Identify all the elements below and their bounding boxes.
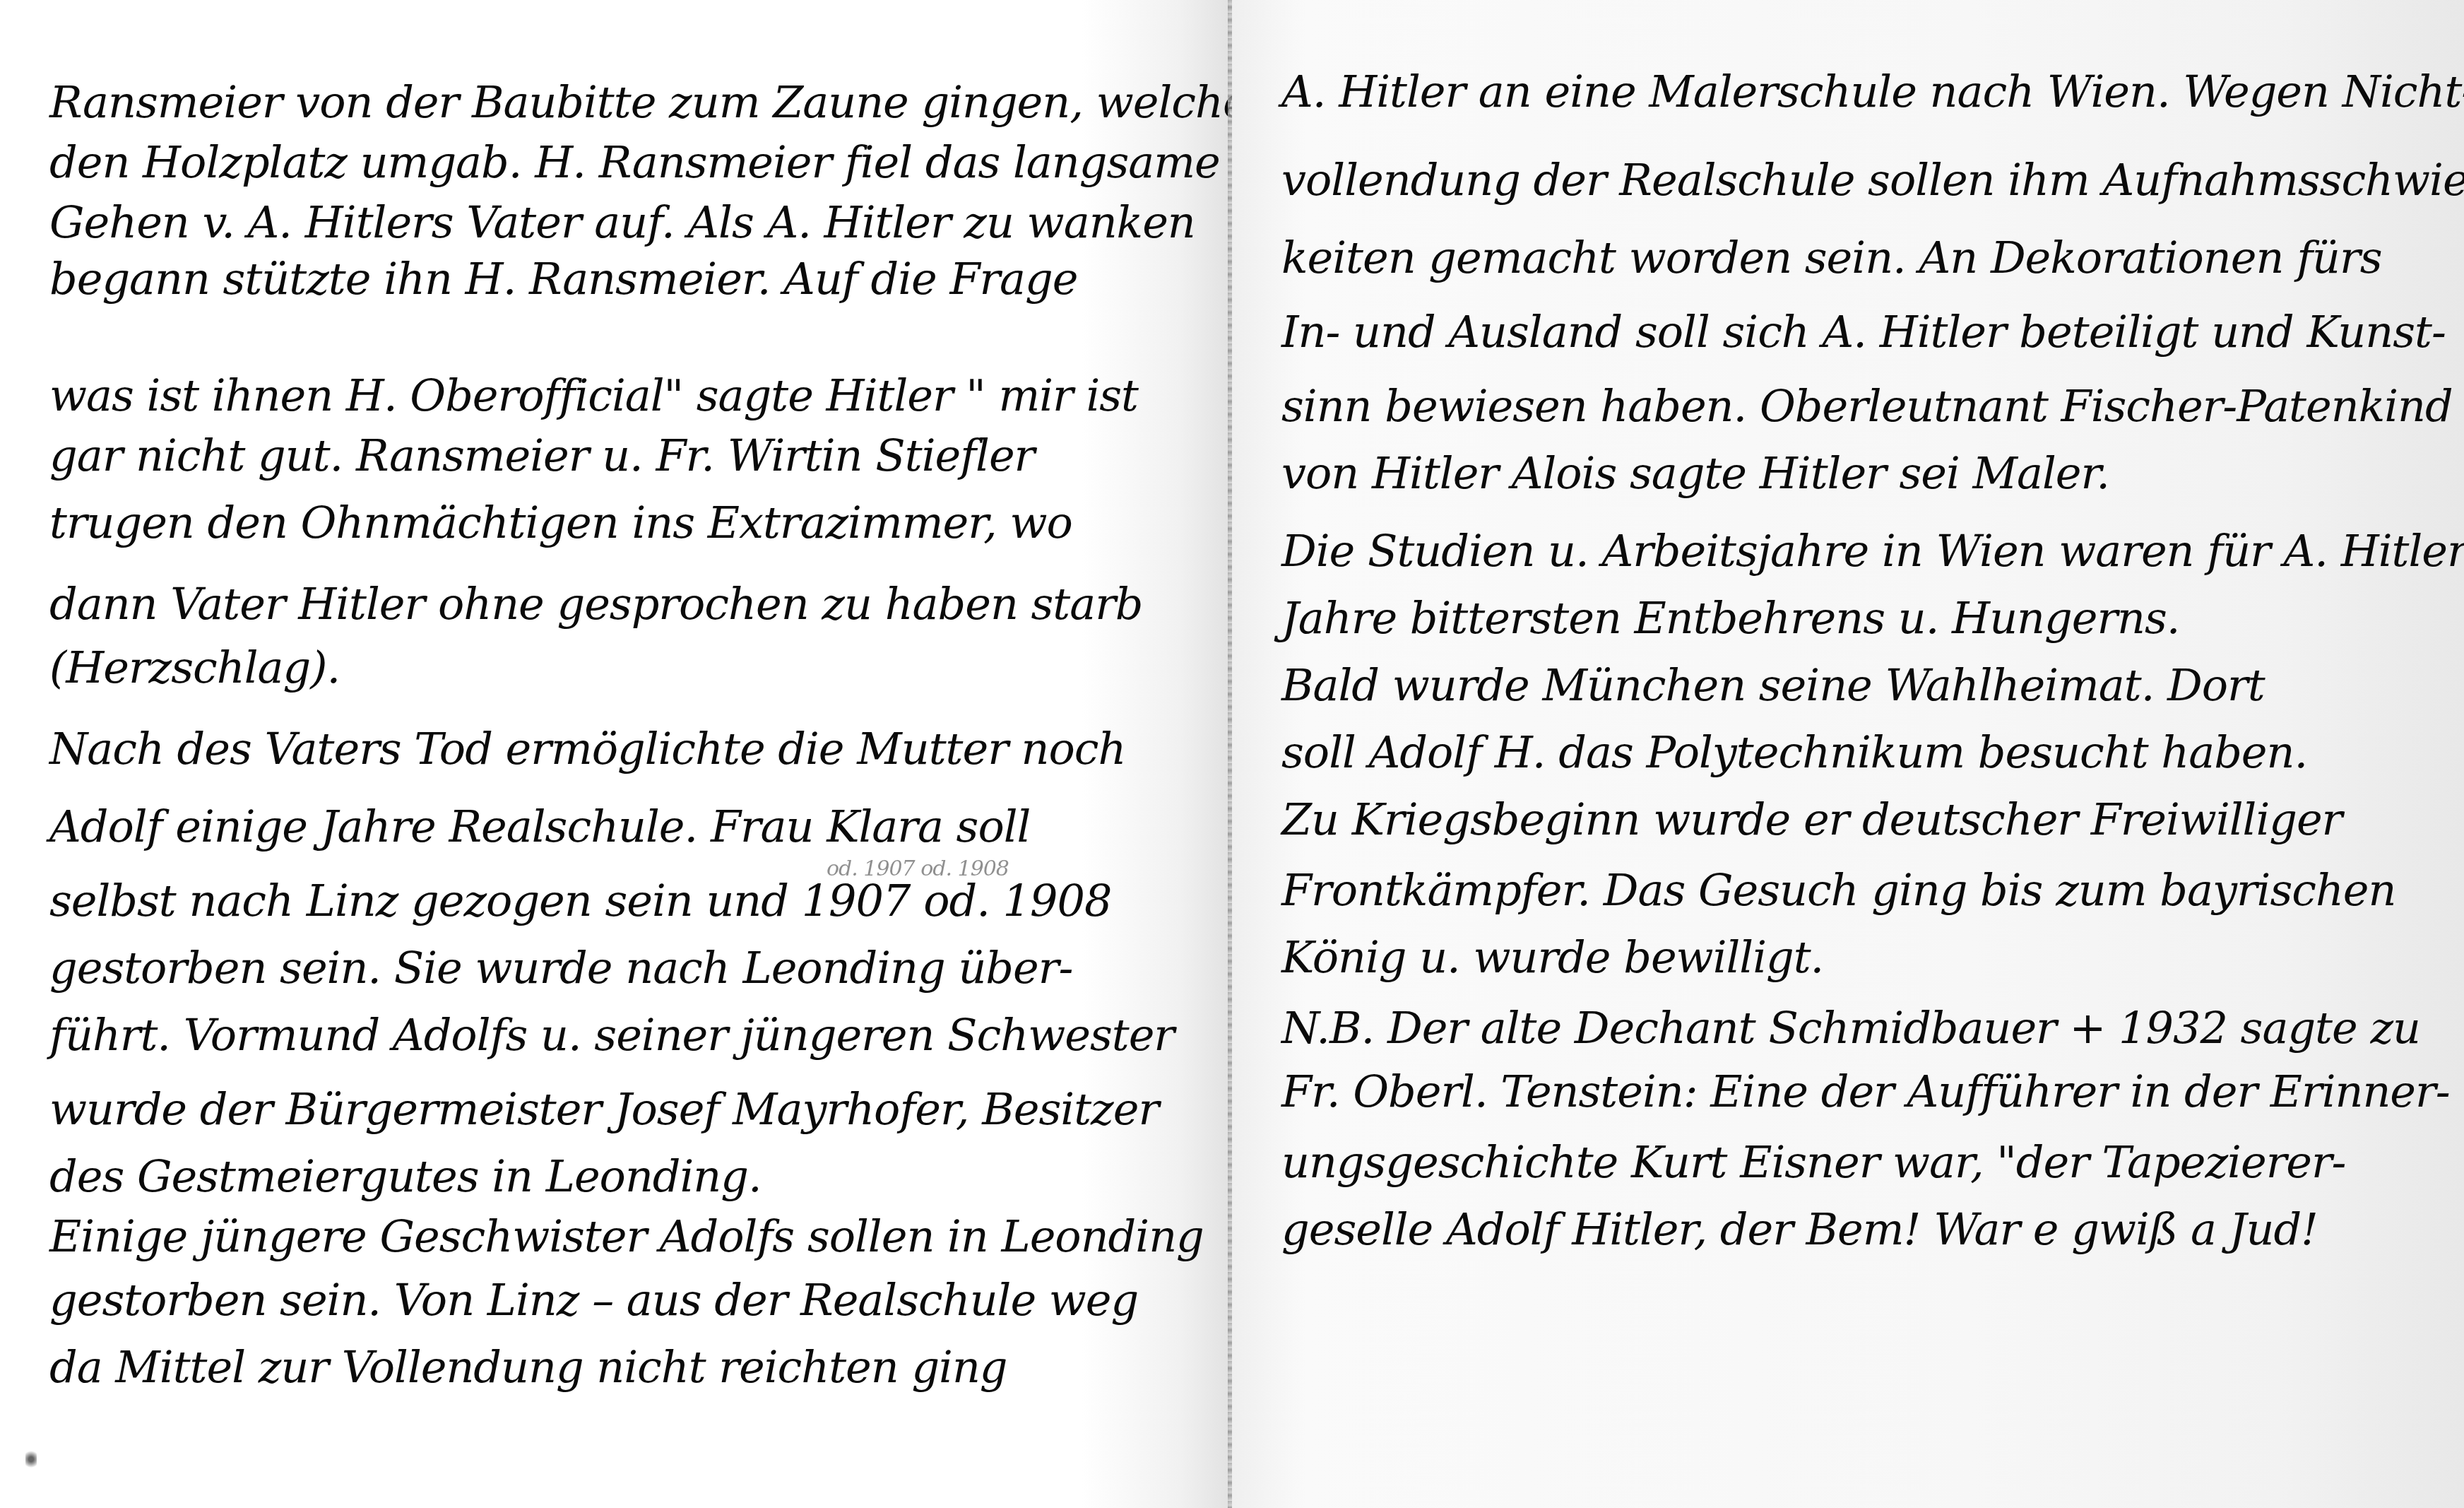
text-line: gar nicht gut. Ransmeier u. Fr. Wirtin S…	[49, 431, 1034, 481]
text-line: sinn bewiesen haben. Oberleutnant Fische…	[1281, 382, 2453, 431]
left-page: Ransmeier von der Baubitte zum Zaune gin…	[0, 0, 1229, 1508]
text-line: den Holzplatz umgab. H. Ransmeier fiel d…	[49, 138, 1220, 187]
text-line: Jahre bittersten Entbehrens u. Hungerns.	[1281, 594, 2179, 643]
text-line: Gehen v. A. Hitlers Vater auf. Als A. Hi…	[49, 198, 1195, 247]
text-line: begann stützte ihn H. Ransmeier. Auf die…	[49, 254, 1077, 304]
text-line: des Gestmeiergutes in Leonding.	[49, 1152, 762, 1201]
text-line: A. Hitler an eine Malerschule nach Wien.…	[1281, 67, 2464, 117]
text-line: ungsgeschichte Kurt Eisner war, "der Tap…	[1281, 1138, 2346, 1187]
text-line: Fr. Oberl. Tenstein: Eine der Aufführer …	[1281, 1067, 2450, 1117]
text-line: gestorben sein. Sie wurde nach Leonding …	[49, 943, 1072, 993]
text-line: Ransmeier von der Baubitte zum Zaune gin…	[49, 78, 1268, 127]
text-line: von Hitler Alois sagte Hitler sei Maler.	[1281, 449, 2109, 498]
right-page: A. Hitler an eine Malerschule nach Wien.…	[1232, 0, 2464, 1508]
text-line: König u. wurde bewilligt.	[1281, 933, 1823, 982]
text-line: gestorben sein. Von Linz – aus der Reals…	[49, 1276, 1138, 1325]
text-line: selbst nach Linz gezogen sein und 1907 o…	[49, 876, 1111, 926]
text-line: trugen den Ohnmächtigen ins Extrazimmer,…	[49, 498, 1072, 548]
text-line: geselle Adolf Hitler, der Bem! War e gwi…	[1281, 1205, 2318, 1254]
scan-speck	[25, 1449, 37, 1470]
text-line: was ist ihnen H. Oberofficial" sagte Hit…	[49, 371, 1138, 420]
text-line: Einige jüngere Geschwister Adolfs sollen…	[49, 1212, 1204, 1261]
text-line: In- und Ausland soll sich A. Hitler bete…	[1281, 307, 2446, 357]
scanned-document: Ransmeier von der Baubitte zum Zaune gin…	[0, 0, 2464, 1508]
text-line: Bald wurde München seine Wahlheimat. Dor…	[1281, 661, 2265, 710]
text-line: keiten gemacht worden sein. An Dekoratio…	[1281, 233, 2381, 283]
text-line: soll Adolf H. das Polytechnikum besucht …	[1281, 728, 2307, 777]
text-line: Die Studien u. Arbeitsjahre in Wien ware…	[1281, 526, 2464, 576]
text-line: da Mittel zur Vollendung nicht reichten …	[49, 1343, 1007, 1392]
text-line: wurde der Bürgermeister Josef Mayrhofer,…	[49, 1085, 1159, 1134]
text-line: Zu Kriegsbeginn wurde er deutscher Freiw…	[1281, 795, 2342, 844]
text-line: Nach des Vaters Tod ermöglichte die Mutt…	[49, 724, 1125, 774]
text-line: N.B. Der alte Dechant Schmidbauer + 1932…	[1281, 1003, 2420, 1053]
text-line: Frontkämpfer. Das Gesuch ging bis zum ba…	[1281, 866, 2395, 915]
text-line: führt. Vormund Adolfs u. seiner jüngeren…	[49, 1011, 1174, 1060]
text-line: (Herzschlag).	[49, 643, 340, 693]
text-line: vollendung der Realschule sollen ihm Auf…	[1281, 155, 2464, 205]
text-line: dann Vater Hitler ohne gesprochen zu hab…	[49, 579, 1143, 629]
